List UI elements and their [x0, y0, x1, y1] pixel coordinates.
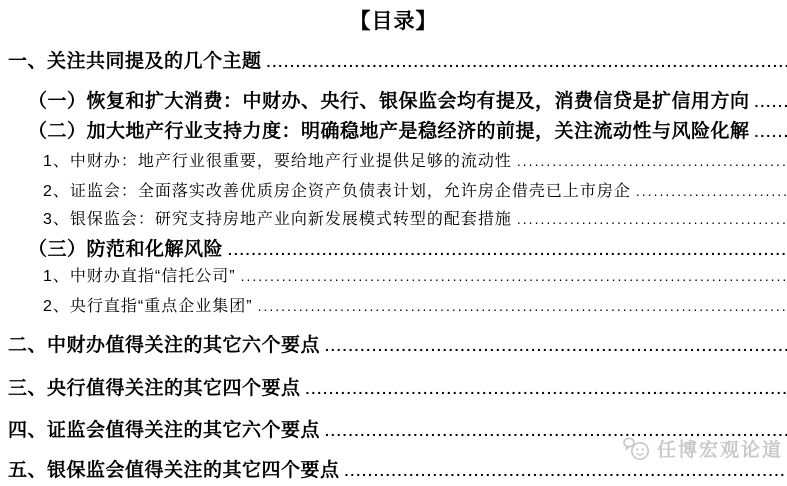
toc-entry: 1、中财办直指“信托公司”: [0, 263, 787, 286]
dot-leader: [306, 378, 787, 400]
toc-entry: 三、央行值得关注的其它四个要点: [0, 373, 787, 400]
toc-entry-text: 2、央行直指“重点企业集团”: [43, 293, 253, 316]
dot-leader: [517, 153, 787, 171]
toc-entry: 1、中财办：地产行业很重要，要给地产行业提供足够的流动性: [0, 148, 787, 171]
toc-entry-text: （二）加大地产行业支持力度：明确稳地产是稳经济的前提，关注流动性与风险化解: [28, 116, 750, 143]
toc-entry-text: 二、中财办值得关注的其它六个要点: [8, 330, 320, 357]
toc-entry-text: 四、证监会值得关注的其它六个要点: [8, 415, 320, 442]
toc-entry: 2、证监会：全面落实改善优质房企资产负债表计划，允许房企借壳已上市房企: [0, 178, 787, 201]
toc-entry: （二）加大地产行业支持力度：明确稳地产是稳经济的前提，关注流动性与风险化解: [0, 116, 787, 143]
toc-entry-text: （一）恢复和扩大消费：中财办、央行、银保监会均有提及，消费信贷是扩信用方向: [28, 86, 750, 113]
toc-entry: （三）防范和化解风险: [0, 234, 787, 261]
toc-entry-text: （三）防范和化解风险: [28, 234, 223, 261]
toc-entry: 2、央行直指“重点企业集团”: [0, 293, 787, 316]
dot-leader: [517, 211, 787, 229]
toc-entry-text: 2、证监会：全面落实改善优质房企资产负债表计划，允许房企借壳已上市房企: [43, 178, 631, 201]
toc-entry-text: 五、银保监会值得关注的其它四个要点: [8, 455, 340, 482]
dot-leader: [267, 51, 787, 73]
toc-entry-text: 1、中财办直指“信托公司”: [43, 263, 236, 286]
dot-leader: [345, 460, 787, 482]
dot-leader: [755, 121, 787, 143]
dot-leader: [228, 239, 787, 261]
dot-leader: [241, 268, 787, 286]
dot-leader: [755, 91, 787, 113]
dot-leader: [636, 183, 787, 201]
dot-leader: [258, 298, 787, 316]
toc-entry: 二、中财办值得关注的其它六个要点: [0, 330, 787, 357]
toc-entry: 一、关注共同提及的几个主题: [0, 46, 787, 73]
speech-bubble-face-icon: [622, 436, 652, 462]
toc-entry: （一）恢复和扩大消费：中财办、央行、银保监会均有提及，消费信贷是扩信用方向: [0, 86, 787, 113]
toc-entry-text: 3、银保监会：研究支持房地产业向新发展模式转型的配套措施: [43, 206, 512, 229]
toc-entry-text: 三、央行值得关注的其它四个要点: [8, 373, 301, 400]
toc-entry-text: 1、中财办：地产行业很重要，要给地产行业提供足够的流动性: [43, 148, 512, 171]
page-title: 【目录】: [0, 5, 787, 35]
toc-entry-text: 一、关注共同提及的几个主题: [8, 46, 262, 73]
watermark-text: 任博宏观论道: [657, 435, 783, 462]
document-page: 【目录】 一、关注共同提及的几个主题 （一）恢复和扩大消费：中财办、央行、银保监…: [0, 0, 787, 486]
dot-leader: [325, 335, 787, 357]
toc-entry: 3、银保监会：研究支持房地产业向新发展模式转型的配套措施: [0, 206, 787, 229]
watermark: 任博宏观论道: [622, 435, 783, 462]
